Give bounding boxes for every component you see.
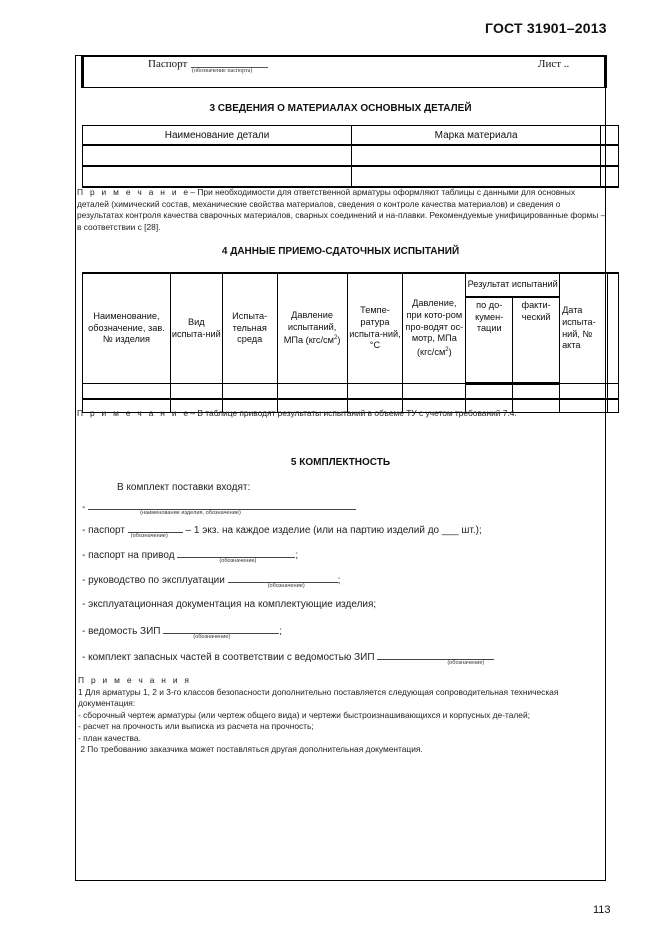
materials-table: Наименование детали Марка материала (82, 125, 619, 188)
note-item: - план качества. (78, 733, 606, 745)
table-cell[interactable] (277, 384, 347, 400)
delivery-item: - ведомость ЗИП (обозначение); (82, 624, 282, 637)
passport-number-hint: (обозначение паспорта) (192, 68, 252, 74)
sheet-label: Лист .. (538, 58, 569, 70)
delivery-item: - руководство по эксплуатации (обозначен… (82, 573, 340, 586)
table-cell[interactable] (170, 384, 222, 400)
table-cell (607, 384, 618, 400)
table-cell (601, 145, 619, 166)
delivery-item: - паспорт (обозначение) – 1 экз. на кажд… (82, 523, 482, 536)
table-cell[interactable] (403, 384, 466, 400)
spare-parts-list-field[interactable]: (обозначение) (163, 624, 279, 634)
table-cell[interactable] (560, 384, 608, 400)
table-cell[interactable] (466, 384, 513, 400)
note-item: 2 По требованию заказчика может поставля… (78, 744, 606, 756)
table-cell[interactable] (83, 145, 352, 166)
column-header-test-result: Результат испытаний (466, 273, 560, 297)
section4-title: 4 ДАННЫЕ ПРИЕМО-СДАТОЧНЫХ ИСПЫТАНИЙ (75, 246, 606, 257)
delivery-item: - паспорт на привод (обозначение); (82, 548, 298, 561)
actuator-passport-field[interactable]: (обозначение) (177, 548, 295, 558)
table-cell[interactable] (347, 384, 403, 400)
table-cell[interactable] (83, 384, 171, 400)
table-cell[interactable] (513, 384, 560, 400)
note-item: - расчет на прочность или выписка из рас… (78, 721, 606, 733)
column-header-result-by-docs: по до-кумен-тации (466, 297, 513, 384)
table-cell (601, 166, 619, 187)
section4-note: П р и м е ч а н и е– В таблице приводят … (77, 408, 607, 420)
column-header-item-name: Наименование, обозначение, зав. № издели… (83, 273, 171, 384)
document-code: ГОСТ 31901–2013 (485, 20, 607, 36)
page-number: 113 (593, 904, 611, 916)
column-header-material-grade: Марка материала (352, 126, 601, 146)
acceptance-tests-table: Наименование, обозначение, зав. № издели… (82, 272, 619, 413)
column-header-test-temperature: Темпе-ратура испыта-ний, °С (347, 273, 403, 384)
section3-title: 3 СВЕДЕНИЯ О МАТЕРИАЛАХ ОСНОВНЫХ ДЕТАЛЕЙ (75, 103, 606, 114)
table-cell[interactable] (83, 166, 352, 187)
section5-notes: П р и м е ч а н и я 1 Для арматуры 1, 2 … (78, 675, 606, 756)
column-header-result-actual: факти-ческий (513, 297, 560, 384)
delivery-item: - (наименование изделия, обозначение) (82, 500, 356, 513)
note-label: П р и м е ч а н и е (77, 408, 190, 418)
table-row (83, 145, 619, 166)
note-label: П р и м е ч а н и е (77, 187, 190, 197)
spare-parts-kit-field[interactable]: (обозначение) (377, 650, 494, 660)
column-header-test-medium: Испыта-тельная среда (222, 273, 277, 384)
table-cell (607, 399, 618, 413)
column-header-inspection-pressure: Давление, при кото-ром про-водят ос-мотр… (403, 273, 466, 384)
note-text: – В таблице приводят результаты испытани… (190, 408, 516, 418)
table-cell (607, 273, 618, 384)
table-cell[interactable] (352, 166, 601, 187)
product-name-field[interactable]: (наименование изделия, обозначение) (88, 500, 356, 510)
delivery-item: - эксплуатационная документация на компл… (82, 599, 376, 610)
table-row (83, 384, 619, 400)
table-cell[interactable] (222, 384, 277, 400)
column-header-test-pressure: Давление испытаний, МПа (кгс/см2) (277, 273, 347, 384)
column-header-part-name: Наименование детали (83, 126, 352, 146)
column-header-test-date: Дата испыта-ний, № акта (560, 273, 608, 384)
column-header-test-type: Вид испыта-ний (170, 273, 222, 384)
passport-designation-field[interactable]: (обозначение) (128, 523, 183, 533)
table-cell[interactable] (352, 145, 601, 166)
passport-label: Паспорт (148, 58, 187, 70)
delivery-item: - комплект запасных частей в соответстви… (82, 650, 494, 663)
note-item: - сборочный чертеж арматуры (или чертеж … (78, 710, 606, 722)
table-row (83, 166, 619, 187)
table-cell (601, 126, 619, 146)
section3-note: П р и м е ч а н и е– При необходимости д… (77, 187, 607, 233)
manual-designation-field[interactable]: (обозначение) (228, 573, 338, 583)
notes-label: П р и м е ч а н и я (78, 675, 606, 687)
delivery-intro: В комплект поставки входят: (117, 482, 250, 493)
section5-title: 5 КОМПЛЕКТНОСТЬ (75, 457, 606, 468)
note-item: 1 Для арматуры 1, 2 и 3-го классов безоп… (78, 687, 606, 710)
